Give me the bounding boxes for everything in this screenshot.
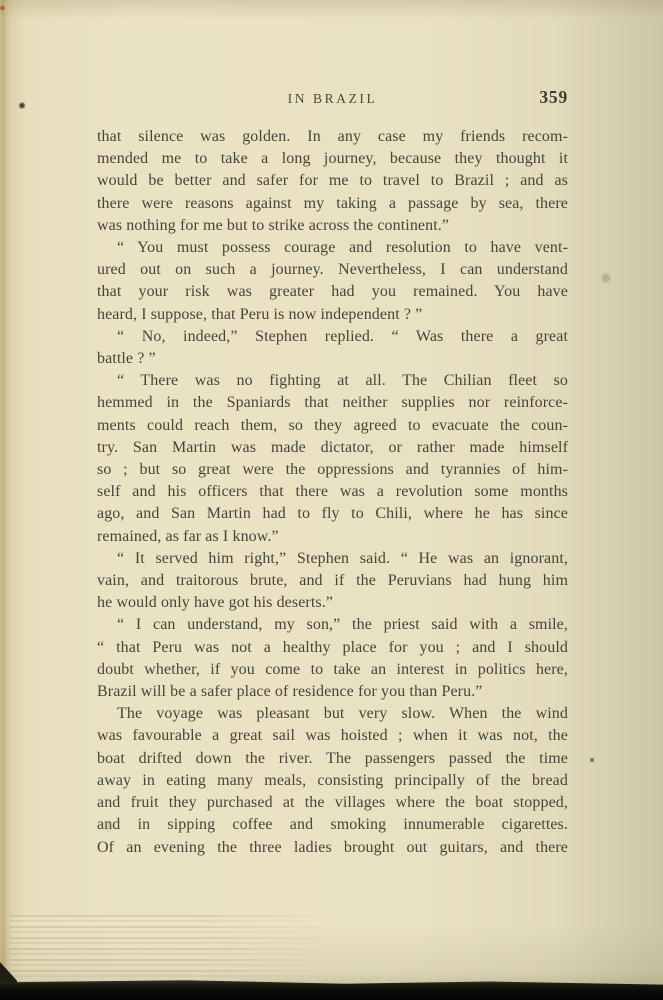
text-line: hemmed in the Spaniards that neither sup… — [97, 392, 568, 414]
paragraph: “ I can understand, my son,” the priest … — [97, 614, 568, 703]
text-line: “ that Peru was not a healthy place for … — [97, 637, 568, 659]
text-line: would be better and safer for me to trav… — [97, 170, 568, 192]
text-line: that your risk was greater had you remai… — [97, 281, 568, 303]
text-line: that silence was golden. In any case my … — [97, 126, 568, 148]
text-line: “ It served him right,” Stephen said. “ … — [97, 548, 568, 570]
text-line: Brazil will be a safer place of residenc… — [97, 681, 568, 703]
paragraph: “ You must possess courage and resolutio… — [97, 237, 568, 326]
text-line: ured out on such a journey. Nevertheless… — [97, 259, 568, 281]
text-line: Of an evening the three ladies brought o… — [97, 837, 568, 859]
paragraph: “ No, indeed,” Stephen replied. “ Was th… — [97, 326, 568, 370]
ink-dot — [590, 758, 594, 762]
text-line: try. San Martin was made dictator, or ra… — [97, 437, 568, 459]
text-line: doubt whether, if you come to take an in… — [97, 659, 568, 681]
paragraph: The voyage was pleasant but very slow. W… — [97, 703, 568, 858]
running-header: IN BRAZIL — [288, 91, 378, 107]
text-line: self and his officers that there was a r… — [97, 481, 568, 503]
page-text: that silence was golden. In any case my … — [97, 126, 568, 859]
text-line: and fruit they purchased at the villages… — [97, 792, 568, 814]
text-line: there were reasons against my taking a p… — [97, 193, 568, 215]
text-line: ments could reach them, so they agreed t… — [97, 415, 568, 437]
text-line: remained, as far as I know.” — [97, 526, 568, 548]
paper-smudge — [600, 272, 612, 284]
text-line: battle ? ” — [97, 348, 568, 370]
text-line: “ You must possess courage and resolutio… — [97, 237, 568, 259]
text-line: was favourable a great sail was hoisted … — [97, 725, 568, 747]
text-line: so ; but so great were the oppressions a… — [97, 459, 568, 481]
text-line: “ I can understand, my son,” the priest … — [97, 614, 568, 636]
page-header: IN BRAZIL 359 — [97, 89, 568, 109]
paragraph: that silence was golden. In any case my … — [97, 126, 568, 237]
red-speck — [0, 5, 5, 11]
text-line: was nothing for me but to strike across … — [97, 215, 568, 237]
text-line: The voyage was pleasant but very slow. W… — [97, 703, 568, 725]
text-line: boat drifted down the river. The passeng… — [97, 748, 568, 770]
ink-speck — [18, 102, 26, 109]
text-line: mended me to take a long journey, becaus… — [97, 148, 568, 170]
text-line: he would only have got his deserts.” — [97, 592, 568, 614]
text-line: “ No, indeed,” Stephen replied. “ Was th… — [97, 326, 568, 348]
text-line: ago, and San Martin had to fly to Chili,… — [97, 503, 568, 525]
page-edge-streaks — [10, 915, 340, 983]
paragraph: “ There was no fighting at all. The Chil… — [97, 370, 568, 548]
paragraph: “ It served him right,” Stephen said. “ … — [97, 548, 568, 615]
text-line: “ There was no fighting at all. The Chil… — [97, 370, 568, 392]
text-line: away in eating many meals, consisting pr… — [97, 770, 568, 792]
book-page-scan: IN BRAZIL 359 that silence was golden. I… — [0, 0, 663, 1000]
page-number: 359 — [539, 87, 568, 108]
text-line: and in sipping coffee and smoking innume… — [97, 814, 568, 836]
text-line: vain, and traitorous brute, and if the P… — [97, 570, 568, 592]
text-line: heard, I suppose, that Peru is now indep… — [97, 304, 568, 326]
